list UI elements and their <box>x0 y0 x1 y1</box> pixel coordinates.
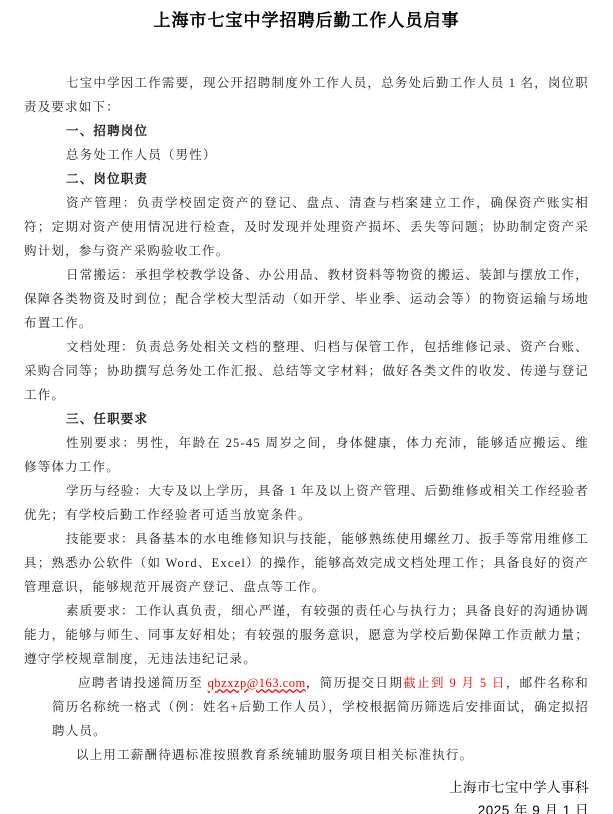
position-paragraph: 总务处工作人员（男性） <box>24 143 589 167</box>
section-heading-job-duties: 二、岗位职责 <box>24 167 589 191</box>
document-page: 上海市七宝中学招聘后勤工作人员启事 七宝中学因工作需要，现公开招聘制度外工作人员… <box>0 0 613 814</box>
doc-title: 上海市七宝中学招聘后勤工作人员启事 <box>24 8 589 34</box>
section-heading-recruit-position: 一、招聘岗位 <box>24 119 589 143</box>
closing-paragraph: 以上用工薪酬待遇标准按照教育系统辅助服务项目相关标准执行。 <box>24 743 589 767</box>
email-link[interactable]: qbzxzp@163.com <box>208 676 306 690</box>
application-paragraph: 应聘者请投递简历至 qbzxzp@163.com，简历提交日期截止到 9 月 5… <box>52 671 589 743</box>
signature-department: 上海市七宝中学人事科 <box>24 776 589 799</box>
signature-date: 2025 年 9 月 1 日 <box>24 799 589 814</box>
requirement-paragraph-quality: 素质要求：工作认真负责，细心严谨，有较强的责任心与执行力；具备良好的沟通协调能力… <box>24 599 589 671</box>
signature-block: 上海市七宝中学人事科 2025 年 9 月 1 日 <box>24 776 589 814</box>
intro-paragraph: 七宝中学因工作需要，现公开招聘制度外工作人员，总务处后勤工作人员 1 名，岗位职… <box>24 71 589 119</box>
requirement-paragraph-gender: 性别要求：男性，年龄在 25-45 周岁之间，身体健康，体力充沛，能够适应搬运、… <box>24 431 589 479</box>
application-prefix-text: 应聘者请投递简历至 <box>78 676 208 690</box>
requirement-paragraph-education: 学历与经验：大专及以上学历，具备 1 年及以上资产管理、后勤维修或相关工作经验者… <box>24 479 589 527</box>
section-heading-requirements: 三、任职要求 <box>24 407 589 431</box>
deadline-text: 截止到 9 月 5 日 <box>403 676 506 690</box>
duty-paragraph-daily-moving: 日常搬运：承担学校教学设备、办公用品、教材资料等物资的搬运、装卸与摆放工作，保障… <box>24 263 589 335</box>
application-mid-text: ，简历提交日期 <box>306 676 404 690</box>
duty-paragraph-asset-management: 资产管理：负责学校固定资产的登记、盘点、清查与档案建立工作，确保资产账实相符；定… <box>24 191 589 263</box>
title-spacer <box>24 34 589 71</box>
requirement-paragraph-skills: 技能要求：具备基本的水电维修知识与技能，能够熟练使用螺丝刀、扳手等常用维修工具；… <box>24 527 589 599</box>
duty-paragraph-document-handling: 文档处理：负责总务处相关文档的整理、归档与保管工作，包括维修记录、资产台账、采购… <box>24 335 589 407</box>
